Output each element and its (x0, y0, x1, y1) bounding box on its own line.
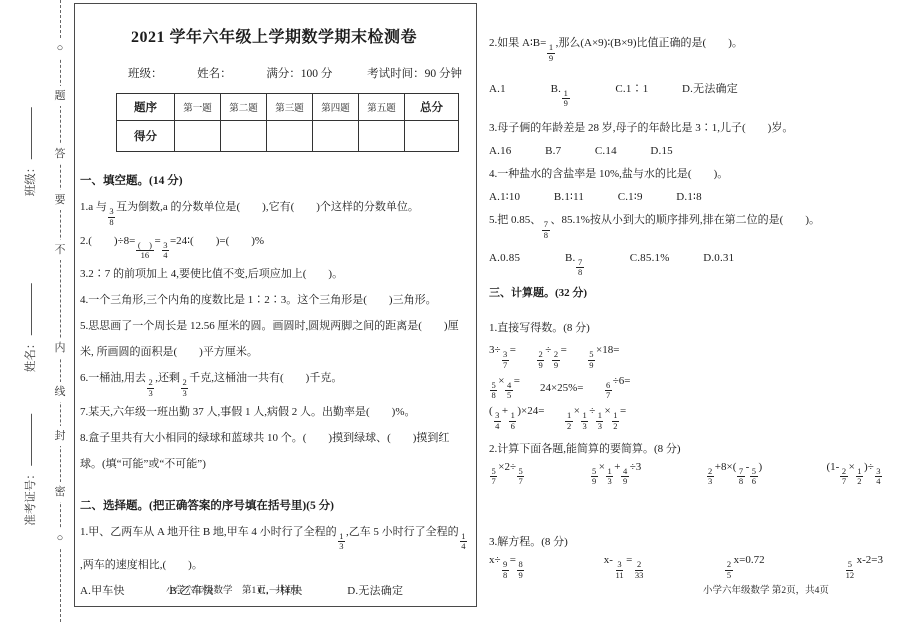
fraction: 311 (614, 560, 625, 581)
expression: 59×13+49÷3 (590, 461, 642, 488)
paper-title: 2021 学年六年级上学期数学期末检测卷 (80, 24, 468, 47)
page-2-footer: 小学六年级数学 第2页，共4页 (703, 582, 829, 596)
seal-character: 内 (55, 338, 66, 358)
section-2-title: 二、选择题。(把正确答案的序号填在括号里)(5 分) (80, 493, 468, 519)
choice-question-stem: 2.如果 A∶B=19,那么(A×9)∶(B×9)比值正确的是( )。 (489, 34, 887, 64)
fraction: 49 (621, 467, 628, 488)
fraction: 58 (490, 381, 497, 402)
fraction: 13 (581, 411, 588, 432)
calc-direct-title: 1.直接写得数。(8 分) (489, 319, 887, 338)
calc-simplify-title: 2.计算下面各题,能简算的要简算。(8 分) (489, 440, 887, 459)
fraction: 233 (633, 560, 645, 581)
full-score-label: 满分：100 分 (266, 65, 332, 81)
fraction: 27 (840, 467, 847, 488)
fraction: 34 (162, 241, 169, 262)
score-table-cell: 第五题 (359, 94, 405, 121)
choice-question-options: A.1∶10 B.1∶11 C.1∶9 D.1∶8 (489, 188, 887, 207)
exam-page-1: 2021 学年六年级上学期数学期末检测卷 班级： 姓名： 满分：100 分 考试… (74, 3, 477, 607)
fill-question: 3.2∶7 的前项加上 4,要使比值不变,后项应加上( )。 (80, 261, 468, 287)
score-table-cell: 题序 (117, 94, 175, 121)
score-blank-cell (267, 121, 313, 152)
fraction: ( )16 (136, 241, 153, 262)
fraction: 78 (576, 258, 583, 279)
score-table-cell: 得分 (117, 121, 175, 152)
fraction: 23 (707, 467, 714, 488)
fraction: 59 (591, 467, 598, 488)
equation: 25x=0.72 (724, 554, 764, 581)
fraction: 89 (517, 560, 524, 581)
fraction: 16 (509, 411, 516, 432)
direct-calc-row: (34+16)×24=12×13÷13×12= (489, 405, 887, 432)
fill-question: 6.一桶油,用去23,还剩23千克,这桶油一共有( )千克。 (80, 365, 468, 399)
fill-question: 8.盒子里共有大小相同的绿球和蓝球共 10 个。( )摸到绿球、( )摸到红球。… (80, 425, 468, 477)
seal-character: 密 (55, 482, 66, 502)
seal-character: 不 (55, 240, 66, 260)
seal-margin-strip: ○题答要不内线封密○ 班级：姓名：准考证号： (0, 0, 74, 622)
exam-time-label: 考试时间：90 分钟 (367, 65, 462, 81)
fraction: 12 (856, 467, 863, 488)
fraction: 78 (542, 220, 549, 241)
choice-question-stem: 3.母子俩的年龄差是 28 岁,母子的年龄比是 3∶1,儿子( )岁。 (489, 119, 887, 138)
fill-question: 2.( )÷8=( )16=34=24∶( )=( )% (80, 228, 468, 262)
score-table-cell: 第三题 (267, 94, 313, 121)
fraction: 13 (338, 532, 345, 553)
expression: 67÷6= (604, 375, 631, 402)
fraction: 34 (875, 467, 882, 488)
choice-question-options: A.16 B.7 C.14 D.15 (489, 142, 887, 161)
fraction: 23 (181, 378, 188, 399)
fraction: 12 (612, 411, 619, 432)
section-3-title: 三、计算题。(32 分) (489, 284, 887, 303)
fraction: 37 (502, 350, 509, 371)
expression: (1-27×12)÷34 (827, 461, 884, 488)
fraction: 12 (565, 411, 572, 432)
score-table-cell: 总分 (405, 94, 459, 121)
fraction: 25 (725, 560, 732, 581)
fraction: 59 (588, 350, 595, 371)
seal-field-label: 姓名： (22, 284, 38, 373)
score-table-cell: 第一题 (175, 94, 221, 121)
seal-character: ○ (57, 38, 64, 58)
fraction: 38 (108, 207, 115, 228)
fraction: 78 (737, 467, 744, 488)
exam-info-row: 班级： 姓名： 满分：100 分 考试时间：90 分钟 (128, 65, 462, 81)
expression: 12×13÷13×12= (564, 405, 626, 432)
fill-in-questions: 1.a 与38互为倒数,a 的分数单位是( ),它有( )个这样的分数单位。2.… (80, 194, 468, 477)
score-table-cell: 第二题 (221, 94, 267, 121)
expression: 57×2÷57 (489, 461, 525, 488)
fill-question: 4.一个三角形,三个内角的度数比是 1∶2∶3。这个三角形是( )三角形。 (80, 287, 468, 313)
choice-question-stem: 5.把 0.85、78、85.1%按从小到大的顺序排列,排在第二位的是( )。 (489, 211, 887, 241)
fill-question: 5.思思画了一个周长是 12.56 厘米的圆。画圆时,圆规两脚之间的距离是( )… (80, 313, 468, 365)
score-blank-cell (221, 121, 267, 152)
fill-question: 7.某天,六年级一班出勤 37 人,事假 1 人,病假 2 人。出勤率是( )%… (80, 399, 468, 425)
name-label: 姓名： (197, 65, 232, 81)
fraction: 14 (460, 532, 467, 553)
expression: 24×25%= (540, 382, 584, 394)
choice-question-stem: 1.甲、乙两车从 A 地开往 B 地,甲车 4 小时行了全程的13,乙车 5 小… (80, 519, 468, 579)
seal-character: 线 (55, 382, 66, 402)
expression: 58×45= (489, 375, 520, 402)
equation: x÷98=89 (489, 554, 525, 581)
fraction: 67 (605, 381, 612, 402)
fraction: 45 (505, 381, 512, 402)
score-table-score-row: 得分 (117, 121, 459, 152)
section-1-title: 一、填空题。(14 分) (80, 168, 468, 194)
equation: x-311=233 (604, 554, 646, 581)
seal-character: ○ (57, 528, 64, 548)
score-table-header-row: 题序 第一题 第二题 第三题 第四题 第五题 总分 (117, 94, 459, 121)
expression: 59×18= (587, 344, 620, 371)
score-blank-cell (313, 121, 359, 152)
simplify-calc-row: 57×2÷5759×13+49÷323+8×(78-56)(1-27×12)÷3… (489, 461, 883, 488)
seal-character: 要 (55, 190, 66, 210)
choice-question-options: A.1 B.19 C.1∶1 D.无法确定 (489, 80, 887, 110)
solve-equation-title: 3.解方程。(8 分) (489, 533, 887, 552)
fraction: 57 (517, 467, 524, 488)
fraction: 56 (750, 467, 757, 488)
direct-calc-row: 58×45=24×25%=67÷6= (489, 375, 887, 402)
score-blank-cell (359, 121, 405, 152)
equation-row: x÷98=89x-311=23325x=0.72512x-2=3 (489, 554, 883, 581)
fraction: 57 (490, 467, 497, 488)
fraction: 34 (494, 411, 501, 432)
fraction: 13 (606, 467, 613, 488)
expression: 3÷37= (489, 344, 516, 371)
equation: 512x-2=3 (843, 554, 883, 581)
choice-question-stem: 4.一种盐水的含盐率是 10%,盐与水的比是( )。 (489, 165, 887, 184)
fraction: 29 (537, 350, 544, 371)
fraction: 98 (502, 560, 509, 581)
fraction: 19 (562, 89, 569, 110)
expression: 23+8×(78-56) (706, 461, 763, 488)
expression: 29÷29= (536, 344, 567, 371)
score-table: 题序 第一题 第二题 第三题 第四题 第五题 总分 得分 (116, 93, 459, 152)
score-blank-cell (405, 121, 459, 152)
choice-question-options: A.0.85 B.78 C.85.1% D.0.31 (489, 249, 887, 279)
seal-character: 题 (55, 86, 66, 106)
seal-field-label: 准考证号： (22, 414, 38, 526)
seal-character: 答 (55, 144, 66, 164)
fraction: 512 (844, 560, 856, 581)
fraction: 19 (547, 43, 554, 64)
seal-field-label: 班级： (22, 108, 38, 197)
fill-question: 1.a 与38互为倒数,a 的分数单位是( ),它有( )个这样的分数单位。 (80, 194, 468, 228)
seal-character: 封 (55, 426, 66, 446)
fraction: 29 (552, 350, 559, 371)
score-blank-cell (175, 121, 221, 152)
expression: (34+16)×24= (489, 405, 544, 432)
page-1-footer: 小学六年级数学 第1页，共4页 (166, 582, 299, 596)
exam-paper-scan: { "seal": { "labels": [ {"text": "班级：", … (0, 0, 900, 622)
fraction: 13 (596, 411, 603, 432)
score-table-cell: 第四题 (313, 94, 359, 121)
exam-page-2: 2.如果 A∶B=19,那么(A×9)∶(B×9)比值正确的是( )。 A.1 … (489, 34, 887, 581)
fraction: 23 (147, 378, 154, 399)
direct-calc-row: 3÷37=29÷29=59×18= (489, 344, 887, 371)
class-label: 班级： (128, 65, 163, 81)
